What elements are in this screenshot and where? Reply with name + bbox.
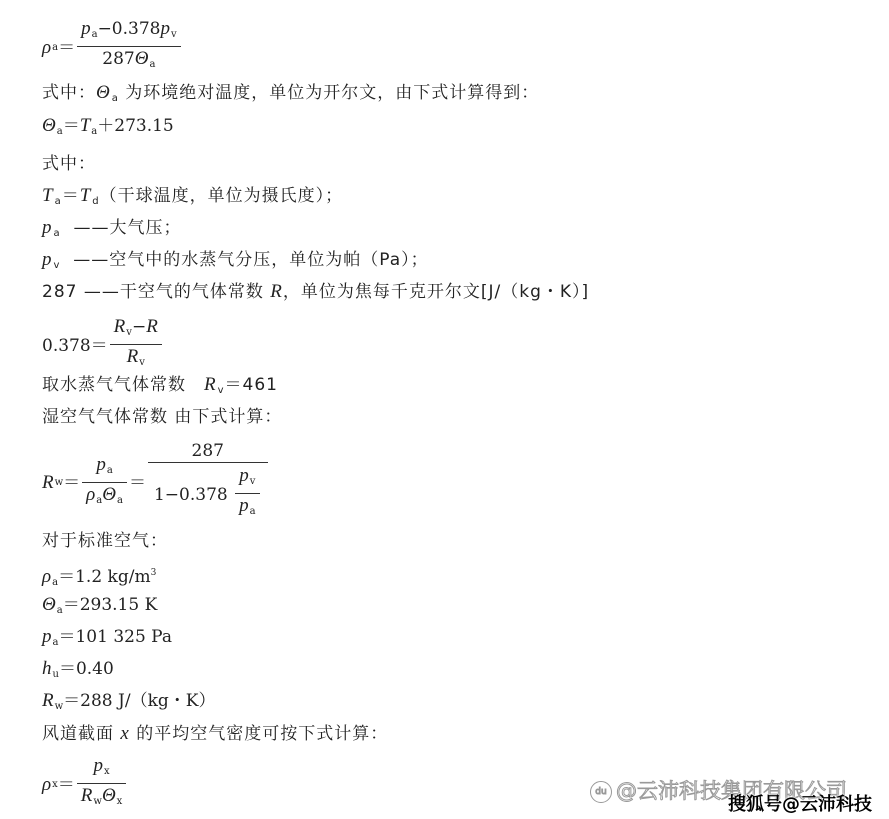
formula-section-density: ρx＝ px RwΘx [42,755,128,814]
t-symbol: T [80,185,92,206]
value: ＝101 325 Pa [58,627,172,647]
fraction: 287 1−0.378 pv pa [148,440,268,526]
fraction: pa−0.378pv 287Θa [77,18,181,77]
fraction: Rv−R Rv [110,316,162,375]
constant: 287 [102,49,134,69]
sub: x [117,796,123,807]
ta-definition: Ta＝Td（干球温度，单位为摄氏度）； [42,185,343,213]
minus: − [132,317,146,337]
rho-symbol: ρ [42,774,51,796]
prefix: 式中： [42,83,96,103]
coefficient: −0.378 [98,19,161,39]
sub: a [117,495,123,506]
text: ，单位为焦每千克开尔文[J/（kg・K）] [283,282,589,302]
pv-definition: pv ——空气中的水蒸气分压，单位为帕（Pa）； [42,249,429,277]
watermark-sohu: 搜狐号@云沛科技 [728,790,872,816]
theta-symbol: Θ [102,785,116,806]
equals: ＝ [58,37,75,59]
formula-rw: Rw＝ pa ρaΘa ＝ 287 1−0.378 pv pa [42,440,270,526]
t-symbol: T [42,185,54,206]
std-hu: hu＝0.40 [42,658,114,686]
sub: w [55,472,64,494]
section-density-intro: 风道截面 x 的平均空气密度可按下式计算： [42,723,388,745]
sub: x [104,766,110,777]
theta-symbol: Θ [135,48,149,69]
sub: v [139,357,145,368]
equals: ＝ [129,472,146,494]
text: ＋273.15 [97,116,173,136]
p-symbol: p [81,18,91,39]
sub: a [112,93,119,104]
text: 取水蒸气气体常数 [42,375,204,395]
baidu-paw-icon: du [590,781,612,803]
symbol: Θ [42,594,56,615]
symbol: p [42,626,52,647]
r-symbol: R [114,316,126,337]
r-symbol: R [146,316,158,337]
p-symbol: p [42,217,53,238]
value: ＝0.40 [59,659,114,679]
std-rw: Rw＝288 J/（kg・K） [42,690,215,718]
sub: w [55,701,64,712]
p-symbol: p [42,249,53,270]
equals: ＝ [91,335,108,357]
sub: a [55,196,62,207]
r-symbol: R [42,472,54,494]
formula-air-density: ρa ＝ pa−0.378pv 287Θa [42,18,183,77]
text: ——干空气的气体常数 [84,282,270,302]
sub: v [218,385,225,396]
r-symbol: R [270,281,283,302]
std-theta: Θa＝293.15 K [42,594,157,622]
text: 的平均空气密度可按下式计算： [130,724,388,744]
text: ——大气压； [73,218,181,238]
sub: a [250,506,256,517]
standard-air-label: 对于标准空气： [42,530,168,552]
symbol: ρ [42,566,51,587]
sub: v [54,260,61,271]
text: （干球温度，单位为摄氏度）； [100,186,344,206]
theta-definition: 式中：Θa 为环境绝对温度，单位为开尔文，由下式计算得到： [42,82,539,110]
text: ——空气中的水蒸气分压，单位为帕（Pa）； [73,250,428,270]
symbol: h [42,658,52,679]
constant: 287 [42,282,77,302]
rho-symbol: ρ [42,37,51,59]
p-symbol: p [239,495,249,516]
r-symbol: R [127,346,139,367]
p-symbol: p [96,454,106,475]
text: ＝461 [225,375,278,395]
rho-symbol: ρ [86,484,95,505]
fraction: pv pa [235,465,259,524]
theta-symbol: Θ [42,115,56,136]
r-symbol: R [204,374,217,395]
sub: d [92,196,99,207]
equals: ＝ [58,774,75,796]
value: ＝1.2 kg/m [58,567,150,587]
text: 1−0.378 [154,483,228,507]
p-symbol: p [160,18,170,39]
constant: 287 [148,440,268,462]
p-symbol: p [239,465,249,486]
rw-intro: 湿空气气体常数 由下式计算： [42,406,282,428]
theta-symbol: Θ [102,484,116,505]
value: ＝293.15 K [63,595,158,615]
sub: a [107,465,113,476]
formula-0378: 0.378＝ Rv−R Rv [42,316,164,375]
constant: 0.378 [42,335,91,357]
sub: a [149,59,155,70]
sub: w [93,796,102,807]
std-pa: pa＝101 325 Pa [42,626,172,654]
value: ＝288 J/（kg・K） [63,691,215,711]
text: 为环境绝对温度，单位为开尔文，由下式计算得到： [119,83,539,103]
p-symbol: p [93,755,103,776]
sub: v [171,29,177,40]
fraction: px RwΘx [77,755,127,814]
pa-definition: pa ——大气压； [42,217,181,245]
sub: v [250,476,256,487]
equals: ＝ [63,472,80,494]
sub: a [54,228,61,239]
label-where: 式中： [42,153,96,175]
text: 风道截面 [42,724,120,744]
x-symbol: x [120,723,129,744]
std-rho: ρa＝1.2 kg/m3 [42,562,156,594]
formula-theta: Θa＝Ta＋273.15 [42,115,174,143]
gas-constant-definition: 287 ——干空气的气体常数 R，单位为焦每千克开尔文[J/（kg・K）] [42,281,589,303]
equals: ＝ [63,116,80,136]
rv-value: 取水蒸气气体常数 Rv＝461 [42,374,278,402]
r-symbol: R [81,785,93,806]
fraction: pa ρaΘa [82,454,127,513]
t-symbol: T [80,115,91,136]
equals: ＝ [62,186,80,206]
symbol: R [42,690,54,711]
theta-symbol: Θ [96,82,111,103]
sup: 3 [151,568,157,578]
